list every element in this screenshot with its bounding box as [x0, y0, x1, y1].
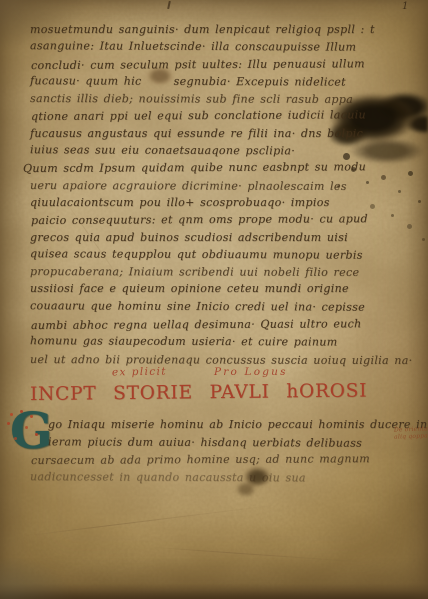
stray-pen-mark	[167, 1, 171, 9]
text-block-mid: ussiiosi face e quieum opinione ceteu mu…	[30, 280, 404, 369]
text-line: fucausu· quum hic segnubia· Excepuis nid…	[30, 72, 406, 91]
text-line: qiuulacaiontscum pou illo+ scosprobuaqo·…	[30, 194, 406, 211]
text-line: asanguine: Itau Inluetscinde· illa consc…	[30, 37, 406, 56]
text-block-upper: mosuetmundu sanguinis· dum lenpicaut rel…	[30, 21, 406, 280]
text-line: Quum scdm Ipsum quidam quibe nunc easbnp…	[23, 158, 407, 177]
text-line: grecos quia apud buinos scudiosi adscrib…	[30, 229, 406, 246]
rubric-prologus: Pro Logus	[214, 366, 288, 378]
text-line: cursaecum ab ada primo homine usq; ad nu…	[31, 450, 393, 470]
lower-lines: go Iniaqu miserie hominu ab Inicio pecca…	[30, 416, 392, 487]
incipit-heading: INCPT STORIE PAVLI hOROSI	[30, 380, 410, 405]
text-line: uadicuncesset in quando nacaussta u oiu …	[30, 468, 392, 487]
text-line: ieram piucis dum auiua· hisdanq uerbiats…	[30, 433, 392, 452]
parchment-crease	[150, 547, 389, 565]
text-line: couaauru que hominu sine Inicio credi ue…	[30, 297, 404, 316]
folio-number: 1	[402, 1, 408, 12]
rubric-line: ex plicit Pro Logus	[0, 366, 428, 380]
binding-edge-shadow	[0, 0, 26, 599]
text-line: ueru apaiore acgrauiore dicrimine· plnao…	[30, 177, 406, 195]
text-line: mosuetmundu sanguinis· dum lenpicaut rel…	[30, 21, 406, 38]
text-line: aumbi abhoc regna uellaq desimuna· Quasi…	[31, 315, 405, 335]
stain-speckles	[0, 0, 3, 3]
text-line: ussiiosi face e quieum opinione ceteu mu…	[30, 280, 404, 298]
text-line: qtione anari ppi uel equi sub conclation…	[31, 106, 407, 125]
text-line: quisea scaus tequpplou qut obdiuaumu mun…	[30, 245, 406, 264]
rubric-explicit: ex plicit	[112, 366, 167, 379]
text-line: homunu gas siaupecodum usieria· et cuire…	[30, 333, 404, 352]
text-line: go Iniaqu miserie hominu ab Inicio pecca…	[30, 416, 392, 434]
text-line: fucausus angustaus qui essunde re filii …	[30, 125, 406, 142]
text-line: propucaberana; Iniaium scribendi uui nob…	[30, 263, 406, 281]
manuscript-page: 1 mosuetmundu sanguinis· dum lenpicaut r…	[0, 0, 428, 599]
text-block-lower: G go Iniaqu miserie hominu ab Inicio pec…	[30, 416, 392, 487]
text-line: paicio consequuturs: et qnm oms prope mo…	[31, 210, 407, 229]
bottom-edge-shadow	[0, 583, 428, 599]
parchment-crease	[21, 504, 279, 537]
marginal-note: De orientalealiq qoppana	[394, 425, 428, 440]
text-line: concludi· cum seculum psit uultes: Illu …	[31, 55, 407, 74]
marginal-note-line: aliq qoppana	[394, 432, 428, 440]
